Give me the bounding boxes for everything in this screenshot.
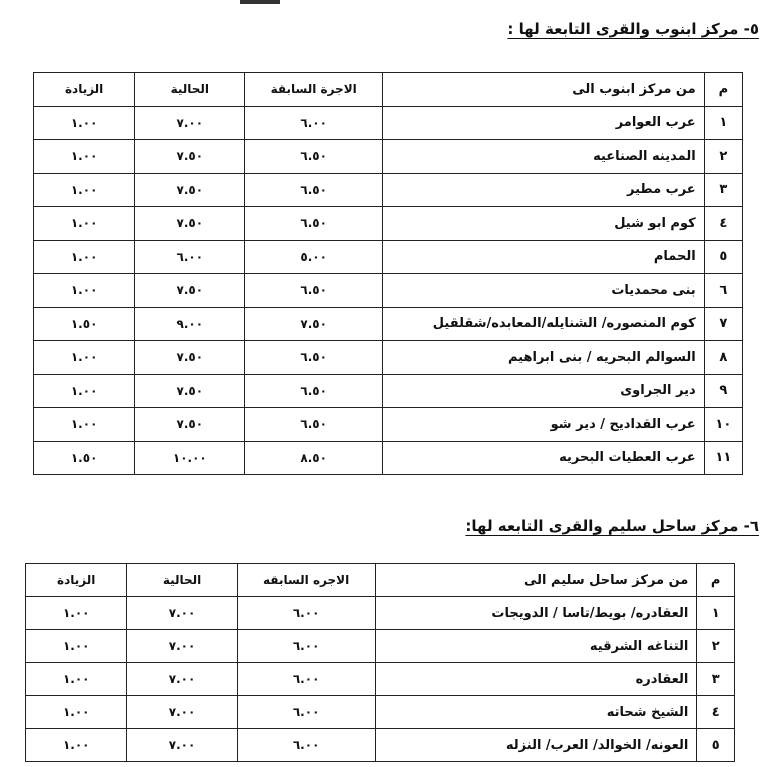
section-6-heading: ٦- مركز ساحل سليم والقرى التابعه لها: (465, 517, 759, 535)
row-increase: ١.٠٠ (34, 374, 135, 408)
row-current-fare: ٧.٥٠ (135, 140, 245, 174)
row-increase: ١.٠٠ (34, 140, 135, 174)
row-place: الحمام (382, 240, 704, 274)
sahel-selim-fare-table: م من مركز ساحل سليم الى الاجره السابقه ا… (25, 563, 735, 762)
row-index: ٥ (704, 240, 742, 274)
row-current-fare: ٧.٠٠ (127, 597, 237, 630)
row-place: دير الجراوى (382, 374, 704, 408)
row-place: العقادره/ بويط/تاسا / الدويجات (375, 597, 697, 630)
row-previous-fare: ٦.٥٠ (245, 173, 383, 207)
row-place: المدينه الصناعيه (382, 140, 704, 174)
table-row: ٧كوم المنصوره/ الشنايله/المعابده/شقلقيل٧… (34, 307, 743, 341)
row-place: كوم المنصوره/ الشنايله/المعابده/شقلقيل (382, 307, 704, 341)
row-increase: ١.٠٠ (34, 207, 135, 241)
col-previous-header: الاجره السابقه (237, 564, 375, 597)
col-previous-header: الاجرة السابقة (245, 73, 383, 107)
row-index: ١٠ (704, 408, 742, 442)
col-increase-header: الزيادة (26, 564, 127, 597)
row-place: الشيخ شحاته (375, 696, 697, 729)
table-row: ١عرب العوامر٦.٠٠٧.٠٠١.٠٠ (34, 106, 743, 140)
row-index: ١ (697, 597, 735, 630)
table-row: ١٠عرب القداديح / دير شو٦.٥٠٧.٥٠١.٠٠ (34, 408, 743, 442)
row-increase: ١.٠٠ (34, 341, 135, 375)
row-index: ٣ (697, 663, 735, 696)
cropped-text-fragment (240, 0, 280, 4)
row-index: ٢ (697, 630, 735, 663)
row-previous-fare: ٦.٥٠ (245, 274, 383, 308)
col-current-header: الحالية (127, 564, 237, 597)
row-increase: ١.٠٠ (34, 240, 135, 274)
col-place-header: من مركز ابنوب الى (382, 73, 704, 107)
row-previous-fare: ٦.٠٠ (237, 663, 375, 696)
row-increase: ١.٠٠ (34, 274, 135, 308)
row-place: عرب القداديح / دير شو (382, 408, 704, 442)
row-index: ٨ (704, 341, 742, 375)
table-row: ١العقادره/ بويط/تاسا / الدويجات٦.٠٠٧.٠٠١… (26, 597, 735, 630)
row-place: السوالم البحريه / بنى ابراهيم (382, 341, 704, 375)
row-increase: ١.٠٠ (26, 597, 127, 630)
row-current-fare: ٧.٠٠ (127, 696, 237, 729)
table-header-row: م من مركز ساحل سليم الى الاجره السابقه ا… (26, 564, 735, 597)
row-current-fare: ٧.٥٠ (135, 408, 245, 442)
row-increase: ١.٠٠ (34, 408, 135, 442)
row-current-fare: ٦.٠٠ (135, 240, 245, 274)
row-place: بنى محمديات (382, 274, 704, 308)
row-place: العقادره (375, 663, 697, 696)
row-index: ٤ (697, 696, 735, 729)
row-previous-fare: ٦.٠٠ (237, 696, 375, 729)
row-increase: ١.٠٠ (34, 106, 135, 140)
col-increase-header: الزيادة (34, 73, 135, 107)
row-place: عرب العطيات البحريه (382, 441, 704, 475)
table-row: ٩دير الجراوى٦.٥٠٧.٥٠١.٠٠ (34, 374, 743, 408)
table-row: ٥الحمام٥.٠٠٦.٠٠١.٠٠ (34, 240, 743, 274)
table-row: ٨السوالم البحريه / بنى ابراهيم٦.٥٠٧.٥٠١.… (34, 341, 743, 375)
col-place-header: من مركز ساحل سليم الى (375, 564, 697, 597)
row-previous-fare: ٦.٥٠ (245, 341, 383, 375)
table-row: ٥العونه/ الخوالد/ العرب/ النزله٦.٠٠٧.٠٠١… (26, 729, 735, 762)
table-row: ٢المدينه الصناعيه٦.٥٠٧.٥٠١.٠٠ (34, 140, 743, 174)
row-place: عرب العوامر (382, 106, 704, 140)
row-previous-fare: ٦.٥٠ (245, 140, 383, 174)
row-current-fare: ٧.٥٠ (135, 374, 245, 408)
row-previous-fare: ٦.٠٠ (237, 630, 375, 663)
row-current-fare: ٧.٠٠ (127, 630, 237, 663)
row-place: العونه/ الخوالد/ العرب/ النزله (375, 729, 697, 762)
row-place: عرب مطير (382, 173, 704, 207)
table-row: ٤الشيخ شحاته٦.٠٠٧.٠٠١.٠٠ (26, 696, 735, 729)
row-current-fare: ٧.٥٠ (135, 341, 245, 375)
row-current-fare: ٧.٥٠ (135, 207, 245, 241)
row-current-fare: ٧.٠٠ (127, 729, 237, 762)
row-current-fare: ٩.٠٠ (135, 307, 245, 341)
row-increase: ١.٥٠ (34, 441, 135, 475)
section-5-heading: ٥- مركز ابنوب والقرى التابعة لها : (507, 20, 759, 38)
abnoub-fare-table: م من مركز ابنوب الى الاجرة السابقة الحال… (33, 72, 743, 475)
table-row: ٤كوم ابو شيل٦.٥٠٧.٥٠١.٠٠ (34, 207, 743, 241)
row-place: التناغه الشرقيه (375, 630, 697, 663)
row-previous-fare: ٦.٥٠ (245, 374, 383, 408)
row-current-fare: ٧.٠٠ (127, 663, 237, 696)
table-header-row: م من مركز ابنوب الى الاجرة السابقة الحال… (34, 73, 743, 107)
table-row: ٢التناغه الشرقيه٦.٠٠٧.٠٠١.٠٠ (26, 630, 735, 663)
row-previous-fare: ٥.٠٠ (245, 240, 383, 274)
row-current-fare: ٧.٠٠ (135, 106, 245, 140)
row-index: ١ (704, 106, 742, 140)
row-previous-fare: ٦.٠٠ (245, 106, 383, 140)
row-index: ٤ (704, 207, 742, 241)
row-index: ٦ (704, 274, 742, 308)
table-row: ١١عرب العطيات البحريه٨.٥٠١٠.٠٠١.٥٠ (34, 441, 743, 475)
row-increase: ١.٠٠ (26, 663, 127, 696)
row-increase: ١.٥٠ (34, 307, 135, 341)
row-previous-fare: ٦.٥٠ (245, 408, 383, 442)
row-index: ١١ (704, 441, 742, 475)
table-row: ٣العقادره٦.٠٠٧.٠٠١.٠٠ (26, 663, 735, 696)
table-row: ٣عرب مطير٦.٥٠٧.٥٠١.٠٠ (34, 173, 743, 207)
row-index: ٢ (704, 140, 742, 174)
row-current-fare: ٧.٥٠ (135, 274, 245, 308)
table-row: ٦بنى محمديات٦.٥٠٧.٥٠١.٠٠ (34, 274, 743, 308)
row-increase: ١.٠٠ (26, 729, 127, 762)
row-index: ٧ (704, 307, 742, 341)
col-current-header: الحالية (135, 73, 245, 107)
row-previous-fare: ٧.٥٠ (245, 307, 383, 341)
row-index: ٥ (697, 729, 735, 762)
col-index-header: م (704, 73, 742, 107)
row-current-fare: ٧.٥٠ (135, 173, 245, 207)
row-index: ٣ (704, 173, 742, 207)
row-increase: ١.٠٠ (26, 630, 127, 663)
row-previous-fare: ٨.٥٠ (245, 441, 383, 475)
row-place: كوم ابو شيل (382, 207, 704, 241)
row-increase: ١.٠٠ (26, 696, 127, 729)
row-previous-fare: ٦.٥٠ (245, 207, 383, 241)
row-increase: ١.٠٠ (34, 173, 135, 207)
row-previous-fare: ٦.٠٠ (237, 597, 375, 630)
row-current-fare: ١٠.٠٠ (135, 441, 245, 475)
row-index: ٩ (704, 374, 742, 408)
row-previous-fare: ٦.٠٠ (237, 729, 375, 762)
col-index-header: م (697, 564, 735, 597)
